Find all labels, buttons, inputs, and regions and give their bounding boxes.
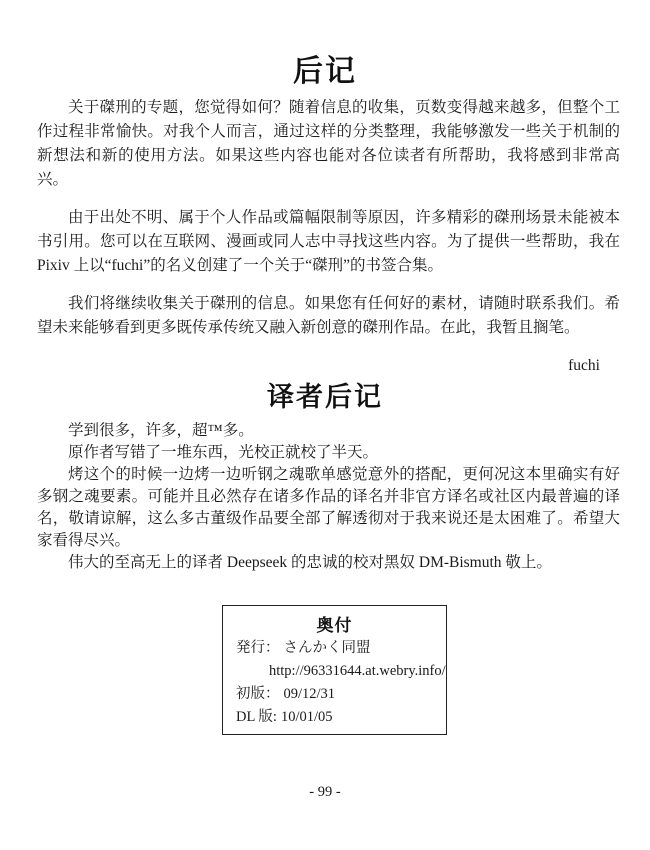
dl-edition-label: DL 版: xyxy=(236,709,277,725)
author-signature: fuchi xyxy=(0,354,600,378)
afterword-paragraph: 由于出处不明、属于个人作品或篇幅限制等原因，许多精彩的磔刑场景未能被本书引用。您… xyxy=(37,206,620,278)
translator-paragraph: 原作者写错了一堆东西，光校正就校了半天。 xyxy=(37,442,620,464)
publisher-row: 発行：さんかく同盟 xyxy=(236,637,446,660)
dl-edition-date: 10/01/05 xyxy=(281,709,333,725)
document-page: 后记 关于磔刑的专题，您觉得如何？随着信息的收集，页数变得越来越多，但整个工作过… xyxy=(0,0,650,850)
publisher-name: さんかく同盟 xyxy=(284,640,371,656)
first-edition-label: 初版： xyxy=(236,686,280,702)
publisher-url: http://96331644.at.webry.info/ xyxy=(269,660,446,683)
page-number: - 99 - xyxy=(0,782,650,802)
publisher-label: 発行： xyxy=(236,640,280,656)
translator-paragraph: 伟大的至高无上的译者 Deepseek 的忠诚的校对黑奴 DM-Bismuth … xyxy=(37,552,620,574)
translator-afterword-section: 学到很多，许多，超™多。 原作者写错了一堆东西，光校正就校了半天。 烤这个的时候… xyxy=(37,420,620,574)
afterword-paragraph: 关于磔刑的专题，您觉得如何？随着信息的收集，页数变得越来越多，但整个工作过程非常… xyxy=(37,96,620,192)
first-edition-date: 09/12/31 xyxy=(284,686,336,702)
colophon-title: 奥付 xyxy=(223,615,446,637)
translator-afterword-title: 译者后记 xyxy=(0,378,650,416)
translator-paragraph: 烤这个的时候一边烤一边听钢之魂歌单感觉意外的搭配，更何况这本里确实有好多钢之魂要… xyxy=(37,464,620,552)
afterword-title: 后记 xyxy=(0,0,650,92)
afterword-paragraph: 我们将继续收集关于磔刑的信息。如果您有任何好的素材，请随时联系我们。希望未来能够… xyxy=(37,292,620,340)
dl-edition-row: DL 版:10/01/05 xyxy=(236,706,446,729)
afterword-section: 关于磔刑的专题，您觉得如何？随着信息的收集，页数变得越来越多，但整个工作过程非常… xyxy=(37,96,620,340)
translator-paragraph: 学到很多，许多，超™多。 xyxy=(37,420,620,442)
colophon-box: 奥付 発行：さんかく同盟 http://96331644.at.webry.in… xyxy=(222,605,447,735)
first-edition-row: 初版：09/12/31 xyxy=(236,683,446,706)
